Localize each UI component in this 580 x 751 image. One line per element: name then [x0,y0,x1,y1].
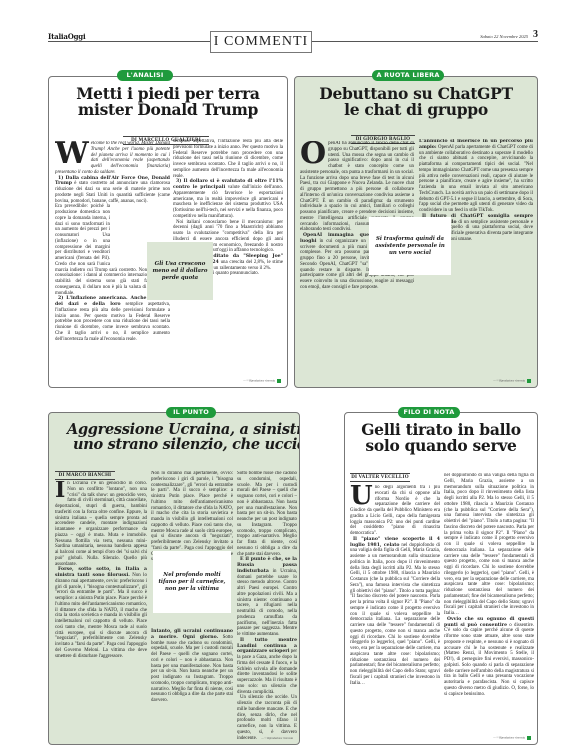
copyright-text: — © Riproduzione riservata [493,380,525,383]
article-paragraph: Welcome to the real world, Mister Donald… [55,141,170,176]
paragraph-text: Sotto bombe russe che cadono su condomin… [237,471,297,557]
article-paragraph: 1) Dalla cabina dell'Air Force One, Dona… [55,176,170,205]
copyright-notice: — © Riproduzione riservata [181,379,281,383]
newspaper-logo[interactable]: ItaliaOggi [48,32,87,41]
article-paragraph: 3) Il dollaro si è svalutato di oltre l'… [173,179,283,219]
article-paragraph: Il "piano" viene scoperto il 4 luglio 19… [350,537,440,687]
copyright-text: — © Riproduzione riservata [243,380,275,383]
paragraph-text: è stato costretto ad annunciare una clam… [55,181,170,203]
dropcap: U [350,486,373,507]
tag-filo-di-nota: FILO DI NOTA [398,407,460,418]
headline-line: uno strano silenzio, che uccide [67,437,300,452]
bold-lead: Il tutto mentre Landini continua a organ… [237,638,297,655]
article-paragraph: Forse, sotto sotto, in Italia a sinistra… [55,567,147,659]
paragraph-text: Non lo diranno mai apertamente, ovvio: p… [151,471,233,562]
pullquote-punto: Nel profondo molti tifano per il carnefi… [153,551,231,613]
paragraph-text: semplice aspettativa, l'inflazione resta… [55,302,170,342]
copyright-notice: — © Riproduzione riservata [451,736,531,740]
copyright-text: — © Riproduzione riservata [493,737,525,740]
section-title: I COMMENTI [210,31,312,53]
article-paragraph: Non lo diranno mai apertamente, ovvio: p… [151,471,233,563]
article-paragraph: Ovvio che su ognuno di questi punti si p… [444,617,534,698]
article-paragraph: 2) L'inflazione americana. Anche a causa… [55,296,170,342]
paragraph-text: per la pace a Gaza, anche dopo la firma … [237,649,297,694]
article-paragraph: Uno degli argomenti tra i più evocati da… [350,485,440,537]
article-column: In Ucraina c'è un genocidio in corso. No… [55,481,147,741]
headline-line: le chat di gruppo [295,102,537,118]
article-paragraph: In Ucraina c'è un genocidio in corso. No… [55,481,147,567]
headline-filo-di-nota[interactable]: Gelli tirato in ballo solo quando serve [345,422,537,455]
paragraph-text: nel doppiofondo di una valigia della fig… [444,473,534,616]
intro-text: n Ucraina c'è un genocidio in corso. Non… [55,481,147,567]
paragraph-text: in Ucraina, domani potrebbe usare lo ste… [237,569,297,637]
paragraph-text: semplice aspettativa, l'inflazione resta… [173,139,283,179]
end-mark-icon [527,379,531,383]
page-number: 3 [531,29,538,40]
article-analisi: Metti i piedi per terra mister Donald Tr… [48,76,288,388]
article-paragraph: L'annuncio si inserisce in un percorso p… [419,139,533,214]
dropcap: I [55,482,65,500]
article-ruota-libera: Debuttano su ChatGPT le chat di gruppo d… [294,76,538,388]
copyright-text: — © Riproduzione riservata [261,737,293,740]
dropcap: O [300,142,326,166]
byline-punto: di Marco Bianchi [55,471,115,480]
article-paragraph: E il punto è che, se la Russia passa ind… [237,557,297,638]
headline-punto[interactable]: Aggressione Ucraina, a sinistra uno stra… [53,422,300,452]
headline-line: mister Donald Trump [49,102,287,118]
article-paragraph: nel doppiofondo di una valigia della fig… [444,473,534,617]
paragraph-text: Non lo diranno mai apertamente, ovvio: p… [55,573,147,659]
end-mark-icon [527,736,531,740]
paragraph-text: valute dall'inizio dell'anno. Apparentem… [173,185,283,219]
masthead: ItaliaOggi I COMMENTI Sabato 22 Novembre… [48,28,538,54]
paragraph-text: Sotto bombe russe che cadono su condomin… [151,635,233,703]
headline-analisi[interactable]: Metti i piedi per terra mister Donald Tr… [49,86,287,119]
article-filo-di-nota: Gelli tirato in ballo solo quando serve … [344,412,538,745]
article-column: Uno degli argomenti tra i più evocati da… [350,485,440,741]
article-paragraph: Un silenzio che uccide. Un silenzio che … [237,695,297,741]
tag-ruota-libera: A RUOTA LIBERA [372,70,444,81]
paragraph-text: o dissentire. C'è solo da capire perché … [444,623,534,697]
paragraph-text: nel doppiofondo di una valigia della fig… [350,543,440,686]
headline-line: Aggressione Ucraina, a sinistra [67,422,300,437]
tag-analisi: L'ANALISI [117,70,173,81]
paragraph-text: Un silenzio che uccide. Un silenzio che … [237,695,297,740]
headline-ruota-libera[interactable]: Debuttano su ChatGPT le chat di gruppo [295,86,537,119]
article-punto: Aggressione Ucraina, a sinistra uno stra… [48,412,300,745]
article-column: Sotto bombe russe che cadono su condomin… [237,471,297,741]
byline-filo-di-nota: di Valter Vecellio [350,473,410,482]
pullquote-ruota-libera: Si trasforma quindi da assistente person… [369,217,451,275]
article-paragraph: Il tutto mentre Landini continua a organ… [237,638,297,696]
issue-date: Sabato 22 Novembre 2025 [478,34,528,39]
pullquote-analisi: Gli Usa crescono meno ed il dollaro perd… [147,242,213,300]
article-paragraph: Intanto, gli ucraini continuano a morire… [151,629,233,704]
article-paragraph: semplice aspettativa, l'inflazione resta… [173,139,283,179]
article-column: nel doppiofondo di una valigia della fig… [444,473,534,737]
copyright-notice: — © Riproduzione riservata [431,379,531,383]
copyright-notice: — © Riproduzione riservata [233,737,293,740]
dropcap: W [55,142,89,166]
tag-punto: IL PUNTO [166,407,216,418]
end-mark-icon [277,379,281,383]
article-paragraph: Sotto bombe russe che cadono su condomin… [237,471,297,557]
paragraph-text: OpenAI parla apertamente di ChatGPT come… [419,145,533,213]
headline-line: solo quando serve [345,438,537,454]
